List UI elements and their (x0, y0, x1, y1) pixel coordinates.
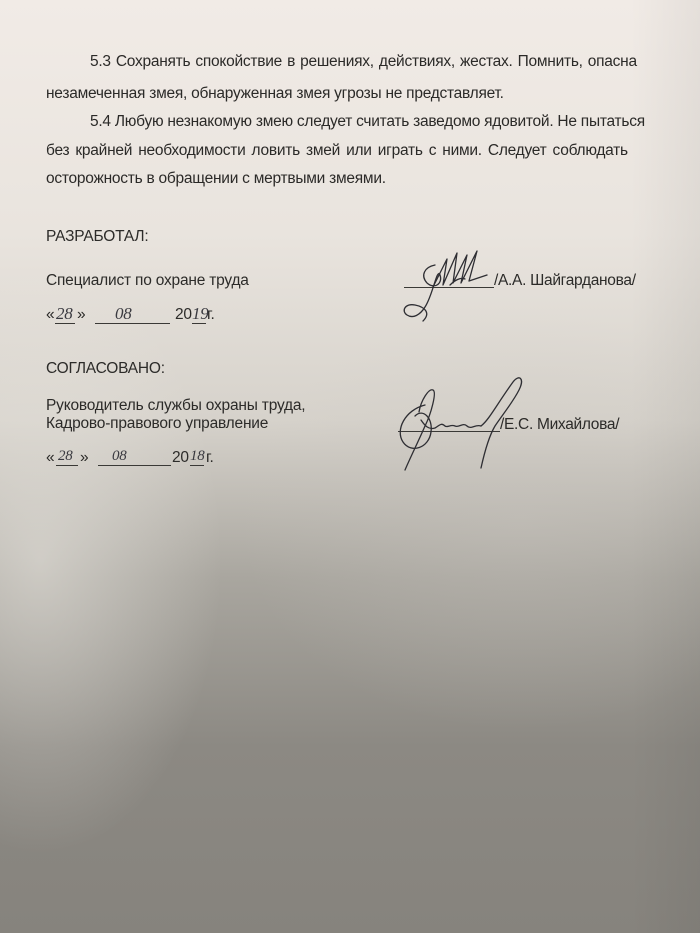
date-day: 28 (56, 304, 73, 324)
paragraph-line: 5.4 Любую незнакомую змею следует считат… (90, 113, 645, 131)
date-close-quote: » (80, 449, 88, 467)
approved-position-line1: Руководитель службы охраны труда, (46, 397, 305, 415)
signature-shaigardanova-icon (395, 245, 505, 325)
paper-shading (0, 0, 700, 933)
year-underline (192, 323, 206, 324)
date-close-quote: » (77, 306, 85, 324)
day-underline (56, 465, 78, 466)
date-open-quote: « (46, 449, 54, 467)
date-year-prefix: 20 (172, 449, 189, 467)
developed-name: /А.А. Шайгарданова/ (494, 272, 636, 290)
paragraph-line: 5.3 Сохранять спокойствие в решениях, де… (90, 53, 637, 71)
date-year-unit: г. (207, 306, 215, 324)
date-year-prefix: 20 (175, 306, 192, 324)
developed-heading: РАЗРАБОТАЛ: (46, 228, 148, 246)
date-month: 08 (115, 304, 132, 324)
month-underline (98, 465, 171, 466)
paragraph-line: без крайней необходимости ловить змей ил… (46, 142, 628, 160)
day-underline (55, 323, 75, 324)
approved-heading: СОГЛАСОВАНО: (46, 360, 165, 378)
date-day: 28 (58, 448, 73, 465)
date-year-suffix: 18 (190, 448, 205, 465)
paragraph-line: осторожность в обращении с мертвыми змея… (46, 170, 386, 188)
month-underline (95, 323, 170, 324)
date-year-unit: г. (206, 449, 214, 467)
developed-position: Специалист по охране труда (46, 272, 249, 290)
date-month: 08 (112, 448, 127, 465)
year-underline (190, 465, 204, 466)
date-open-quote: « (46, 306, 54, 324)
approved-position-line2: Кадрово-правового управление (46, 415, 268, 433)
approved-name: /Е.С. Михайлова/ (500, 416, 619, 434)
paragraph-line: незамеченная змея, обнаруженная змея угр… (46, 85, 504, 103)
